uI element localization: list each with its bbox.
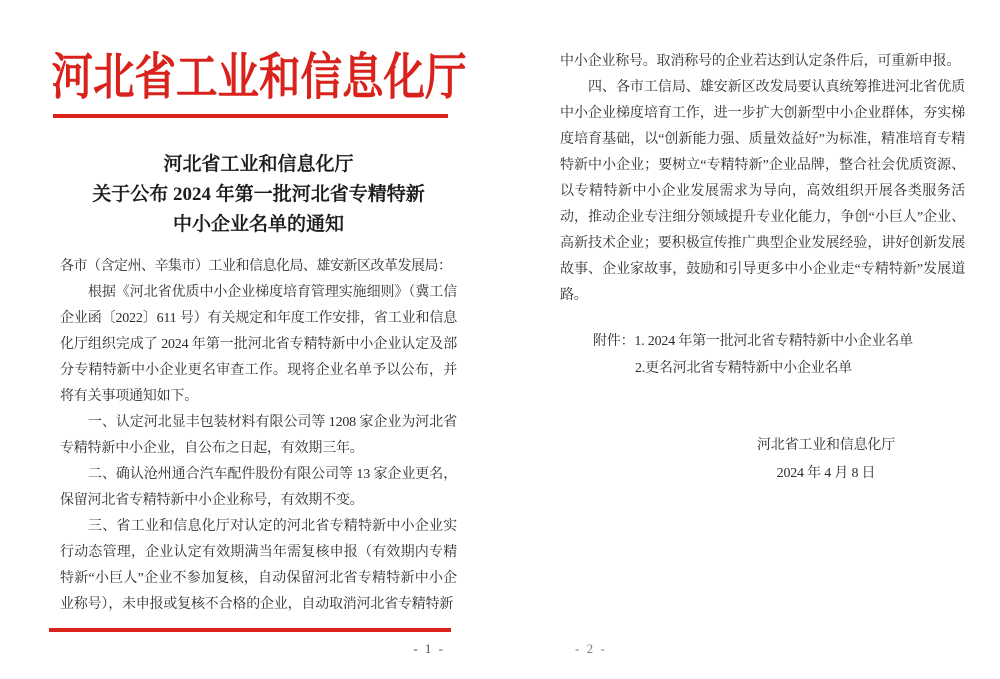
signature-block: 河北省工业和信息化厅 2024 年 4 月 8 日 — [755, 432, 897, 488]
paragraph-item-2: 二、确认沧州通合汽车配件股份有限公司等 13 家企业更名，保留河北省专精特新中小… — [60, 462, 457, 514]
agency-letterhead: 河北省工业和信息化厅 — [51, 48, 466, 106]
paragraph-item-1: 一、认定河北显丰包装材料有限公司等 1208 家企业为河北省专精特新中小企业，自… — [60, 410, 457, 462]
page-1: 河北省工业和信息化厅 河北省工业和信息化厅 关于公布 2024 年第一批河北省专… — [60, 0, 457, 679]
paragraph-item-4: 四、各市工信局、雄安新区改发局要认真统筹推进河北省优质中小企业梯度培育工作，进一… — [560, 75, 965, 309]
document-title-line-1: 河北省工业和信息化厅 — [60, 150, 457, 180]
attachment-list: 附件：1. 2024 年第一批河北省专精特新中小企业名单 2.更名河北省专精特新… — [593, 328, 913, 382]
attachment-item-1: 1. 2024 年第一批河北省专精特新中小企业名单 — [634, 334, 913, 349]
signature-date: 2024 年 4 月 8 日 — [755, 460, 897, 488]
signer-name: 河北省工业和信息化厅 — [755, 432, 897, 460]
letterhead-wrap: 河北省工业和信息化厅 — [60, 48, 457, 106]
document-canvas: 河北省工业和信息化厅 河北省工业和信息化厅 关于公布 2024 年第一批河北省专… — [0, 0, 1000, 679]
paragraph-item-3: 三、省工业和信息化厅对认定的河北省专精特新中小企业实行动态管理，企业认定有效期满… — [60, 514, 457, 618]
paragraph-item-3-continued: 中小企业称号。取消称号的企业若达到认定条件后，可重新申报。 — [560, 49, 965, 75]
document-title-line-3: 中小企业名单的通知 — [60, 210, 457, 240]
paragraph-intro: 根据《河北省优质中小企业梯度培育管理实施细则》（冀工信企业函〔2022〕611 … — [60, 280, 457, 410]
salutation: 各市（含定州、辛集市）工业和信息化局、雄安新区改革发展局： — [60, 254, 457, 280]
page-number-1: - 1 - — [413, 641, 445, 657]
page-number-2: - 2 - — [575, 641, 607, 657]
letterhead-red-rule — [53, 114, 448, 118]
attachment-item-2: 2.更名河北省专精特新中小企业名单 — [635, 361, 852, 376]
attachment-row-2: 2.更名河北省专精特新中小企业名单 — [635, 355, 913, 382]
attachment-label: 附件： — [593, 334, 634, 349]
document-title-line-2: 关于公布 2024 年第一批河北省专精特新 — [60, 180, 457, 210]
page-1-body: 各市（含定州、辛集市）工业和信息化局、雄安新区改革发展局： 根据《河北省优质中小… — [60, 254, 457, 618]
attachment-row-1: 附件：1. 2024 年第一批河北省专精特新中小企业名单 — [593, 328, 913, 355]
footer-red-rule — [49, 628, 451, 632]
document-title: 河北省工业和信息化厅 关于公布 2024 年第一批河北省专精特新 中小企业名单的… — [60, 150, 457, 240]
page-2-body: 中小企业称号。取消称号的企业若达到认定条件后，可重新申报。 四、各市工信局、雄安… — [560, 49, 965, 309]
page-2: 中小企业称号。取消称号的企业若达到认定条件后，可重新申报。 四、各市工信局、雄安… — [560, 0, 965, 679]
